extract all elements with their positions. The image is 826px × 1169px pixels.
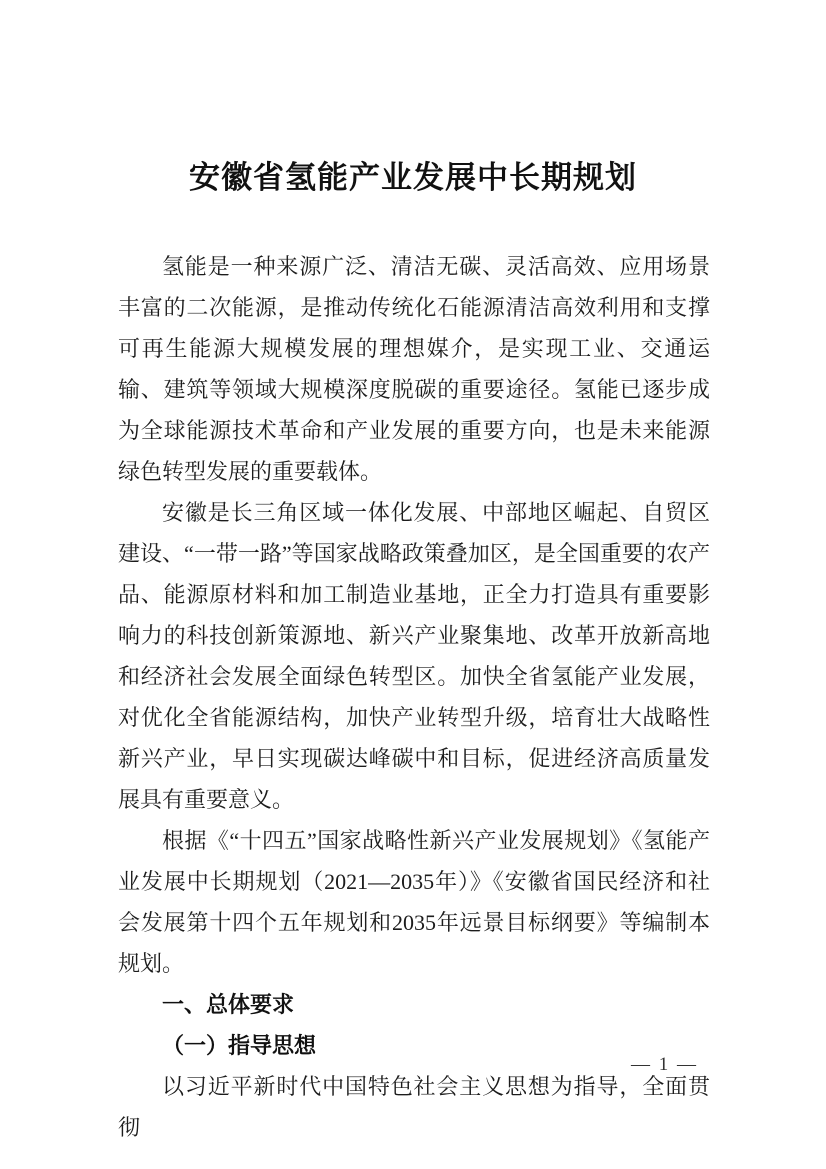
paragraph-anhui-context: 安徽是长三角区域一体化发展、中部地区崛起、自贸区建设、“一带一路”等国家战略政策… [118,492,710,820]
subsection-heading-guiding-ideology: （一）指导思想 [118,1025,710,1066]
page-footer: — 1 — [631,1050,698,1080]
document-body: 氢能是一种来源广泛、清洁无碳、灵活高效、应用场景丰富的二次能源，是推动传统化石能… [118,246,710,1148]
document-page: 安徽省氢能产业发展中长期规划 氢能是一种来源广泛、清洁无碳、灵活高效、应用场景丰… [0,0,826,1169]
page-number: — 1 — [631,1054,698,1075]
paragraph-plan-basis: 根据《“十四五”国家战略性新兴产业发展规划》《氢能产业发展中长期规划（2021—… [118,820,710,984]
section-heading-overall-requirements: 一、总体要求 [118,984,710,1025]
document-title: 安徽省氢能产业发展中长期规划 [0,156,826,200]
paragraph-hydrogen-intro: 氢能是一种来源广泛、清洁无碳、灵活高效、应用场景丰富的二次能源，是推动传统化石能… [118,246,710,492]
paragraph-guiding-ideology: 以习近平新时代中国特色社会主义思想为指导，全面贯彻 [118,1066,710,1148]
